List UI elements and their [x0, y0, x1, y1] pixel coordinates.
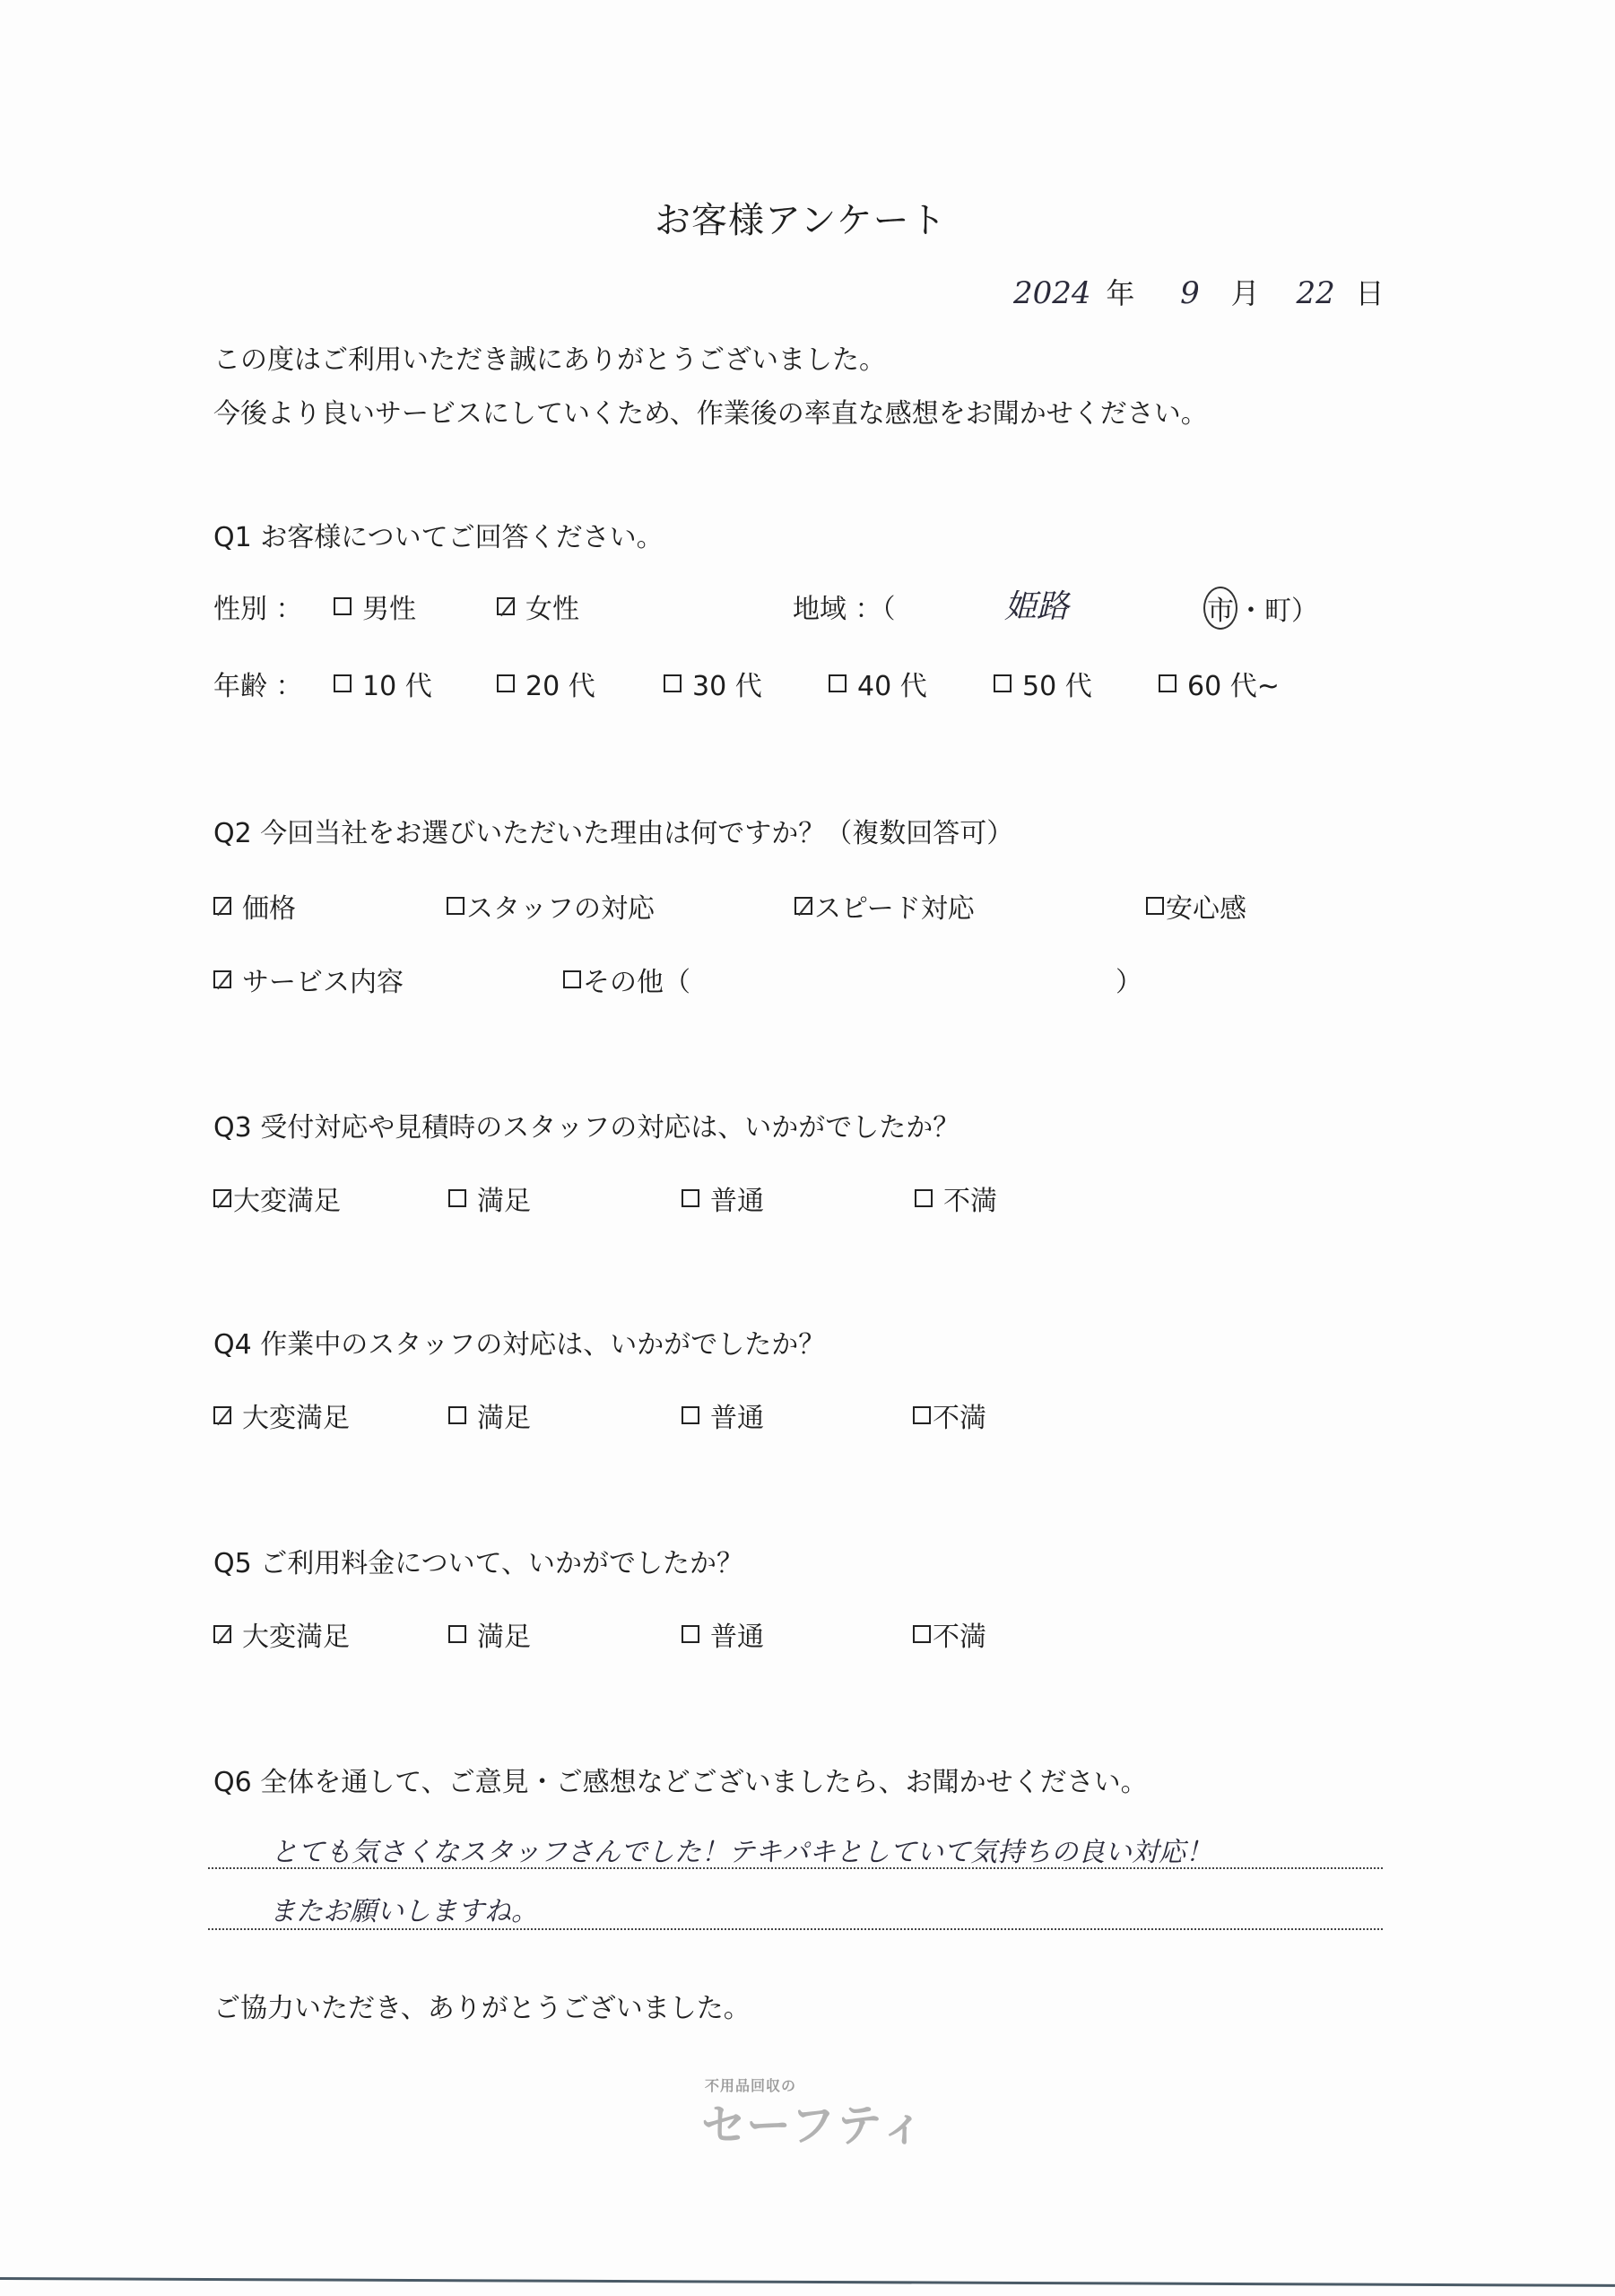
checkbox-icon[interactable] — [682, 1189, 699, 1207]
q4-option-very-satisfied[interactable]: 大変満足 — [213, 1396, 350, 1435]
q5-options-row: 大変満足 満足 普通 不満 — [213, 1614, 1379, 1650]
q2-option-label: 安心感 — [1166, 886, 1246, 926]
company-logo: セーフティ — [701, 2090, 927, 2154]
q2-option-price[interactable]: 価格 — [213, 886, 296, 926]
q2-option-service[interactable]: サービス内容 — [213, 960, 404, 999]
checkbox-icon[interactable] — [497, 674, 515, 692]
q3-option-label: 普通 — [710, 1178, 764, 1218]
q3-option-label: 不満 — [943, 1178, 997, 1218]
q3-option-very-satisfied[interactable]: 大変満足 — [213, 1178, 341, 1218]
thanks-message: ご協力いただき、ありがとうございました。 — [213, 1986, 751, 2025]
q1-age-row: 年齢 ： 10 代 20 代 30 代 40 代 50 代 60 代~ — [213, 664, 1379, 700]
q6-question: Q6 全体を通して、ご意見・ご感想などございましたら、お聞かせください。 — [213, 1760, 1148, 1799]
q2-other-close-paren: ） — [1116, 960, 1142, 999]
date-month-unit: 月 — [1231, 276, 1260, 310]
q6-comment-line-1[interactable]: とても気さくなスタッフさんでした！テキパキとしていて気持ちの良い対応！ — [271, 1830, 1212, 1869]
q4-option-label: 不満 — [933, 1396, 986, 1435]
region-separator: ・ — [1237, 588, 1264, 628]
checked-checkbox-icon[interactable] — [213, 1189, 231, 1207]
q4-options-row: 大変満足 満足 普通 不満 — [213, 1396, 1379, 1431]
checkbox-icon[interactable] — [829, 674, 847, 692]
comment-line-divider-1 — [208, 1867, 1383, 1869]
age-option-label: 10 代 — [362, 664, 432, 703]
date-day-unit: 日 — [1356, 276, 1385, 310]
region-label: 地域 ：（ — [793, 587, 896, 626]
age-option-label: 60 代~ — [1187, 664, 1280, 703]
date-day: 22 — [1296, 275, 1334, 311]
q1-question: Q1 お客様についてご回答ください。 — [213, 515, 664, 554]
q4-option-label: 大変満足 — [242, 1396, 350, 1435]
checked-checkbox-icon[interactable] — [794, 897, 812, 915]
q4-option-satisfied[interactable]: 満足 — [448, 1396, 531, 1435]
q4-question: Q4 作業中のスタッフの対応は、いかがでしたか？ — [213, 1322, 825, 1361]
gender-option-female[interactable]: 女性 — [497, 587, 579, 626]
q6-comment-line-2[interactable]: またお願いしますね。 — [269, 1889, 538, 1928]
checked-checkbox-icon[interactable] — [213, 1625, 231, 1643]
gender-option-female-label: 女性 — [525, 587, 579, 626]
age-option-label: 30 代 — [692, 664, 762, 703]
checkbox-icon[interactable] — [334, 597, 352, 615]
date-month: 9 — [1180, 275, 1200, 311]
q5-option-satisfied[interactable]: 満足 — [448, 1614, 531, 1654]
q4-option-label: 普通 — [710, 1396, 764, 1435]
region-value[interactable]: 姫路 — [1004, 581, 1069, 627]
q2-option-label: スタッフの対応 — [466, 886, 655, 926]
intro-line-1: この度はご利用いただき誠にありがとうございました。 — [213, 337, 886, 377]
checkbox-icon[interactable] — [915, 1189, 933, 1207]
region-type[interactable]: 市 ・ 町） — [1207, 587, 1318, 630]
date-year: 2024 — [1013, 275, 1091, 311]
checked-checkbox-icon[interactable] — [213, 897, 231, 915]
q5-option-very-satisfied[interactable]: 大変満足 — [213, 1614, 350, 1654]
checkbox-icon[interactable] — [682, 1625, 699, 1643]
q3-question: Q3 受付対応や見積時のスタッフの対応は、いかがでしたか？ — [213, 1105, 959, 1144]
q2-option-speed[interactable]: スピード対応 — [794, 886, 975, 926]
q4-option-neutral[interactable]: 普通 — [682, 1396, 764, 1435]
q1-gender-row: 性別 ： 男性 女性 地域 ：（ 姫路 市 ・ 町） — [213, 587, 1379, 622]
q5-option-label: 不満 — [933, 1614, 986, 1654]
q2-question: Q2 今回当社をお選びいただいた理由は何ですか？（複数回答可） — [213, 811, 1013, 850]
checkbox-icon[interactable] — [1159, 674, 1177, 692]
checkbox-icon[interactable] — [448, 1625, 466, 1643]
region-city-circled[interactable]: 市 — [1203, 587, 1237, 630]
q3-options-row: 大変満足 満足 普通 不満 — [213, 1178, 1379, 1214]
checkbox-icon[interactable] — [448, 1189, 466, 1207]
age-option-50s[interactable]: 50 代 — [994, 664, 1092, 703]
age-option-label: 20 代 — [525, 664, 595, 703]
age-option-label: 50 代 — [1022, 664, 1092, 703]
comment-line-divider-2 — [208, 1928, 1383, 1930]
age-option-30s[interactable]: 30 代 — [664, 664, 762, 703]
q2-options-row-2: サービス内容 その他（ ） — [213, 960, 1379, 996]
q5-option-label: 満足 — [477, 1614, 531, 1654]
checkbox-icon[interactable] — [913, 1625, 931, 1643]
region-town[interactable]: 町） — [1264, 588, 1318, 628]
checked-checkbox-icon[interactable] — [213, 1406, 231, 1424]
checkbox-icon[interactable] — [447, 897, 465, 915]
q5-option-label: 普通 — [710, 1614, 764, 1654]
age-option-60s-plus[interactable]: 60 代~ — [1159, 664, 1280, 703]
q2-option-label: 価格 — [242, 886, 296, 926]
page-title: お客様アンケート — [655, 192, 947, 243]
q5-question: Q5 ご利用料金について、いかがでしたか？ — [213, 1541, 743, 1580]
age-option-40s[interactable]: 40 代 — [829, 664, 927, 703]
age-option-10s[interactable]: 10 代 — [334, 664, 432, 703]
q2-option-label: サービス内容 — [242, 960, 404, 999]
gender-option-male[interactable]: 男性 — [334, 587, 416, 626]
checkbox-icon[interactable] — [664, 674, 682, 692]
intro-line-2: 今後より良いサービスにしていくため、作業後の率直な感想をお聞かせください。 — [213, 391, 1208, 430]
checkbox-icon[interactable] — [563, 970, 581, 988]
q4-option-dissatisfied[interactable]: 不満 — [913, 1396, 986, 1435]
q5-option-label: 大変満足 — [242, 1614, 350, 1654]
gender-option-male-label: 男性 — [362, 587, 416, 626]
checkbox-icon[interactable] — [448, 1406, 466, 1424]
q2-option-reassurance[interactable]: 安心感 — [1146, 886, 1246, 926]
q3-option-dissatisfied[interactable]: 不満 — [915, 1178, 997, 1218]
q5-option-neutral[interactable]: 普通 — [682, 1614, 764, 1654]
q4-option-label: 満足 — [477, 1396, 531, 1435]
q5-option-dissatisfied[interactable]: 不満 — [913, 1614, 986, 1654]
checked-checkbox-icon[interactable] — [497, 597, 515, 615]
q3-option-satisfied[interactable]: 満足 — [448, 1178, 531, 1218]
checkbox-icon[interactable] — [682, 1406, 699, 1424]
q3-option-label: 大変満足 — [233, 1178, 341, 1218]
q3-option-neutral[interactable]: 普通 — [682, 1178, 764, 1218]
bottom-edge-line — [0, 2277, 1615, 2287]
q2-option-label: スピード対応 — [814, 886, 975, 926]
q3-option-label: 満足 — [477, 1178, 531, 1218]
checkbox-icon[interactable] — [994, 674, 1012, 692]
survey-date: 2024 年 9 月 22 日 — [1013, 271, 1385, 312]
age-label: 年齢 ： — [213, 664, 303, 703]
checkbox-icon[interactable] — [334, 674, 352, 692]
date-year-unit: 年 — [1106, 276, 1134, 310]
q2-options-row-1: 価格 スタッフの対応 スピード対応 安心感 — [213, 886, 1379, 922]
q2-other-input[interactable] — [644, 960, 1092, 992]
checkbox-icon[interactable] — [913, 1406, 931, 1424]
checked-checkbox-icon[interactable] — [213, 970, 231, 988]
gender-label: 性別 ： — [213, 587, 303, 626]
q2-option-staff[interactable]: スタッフの対応 — [447, 886, 655, 926]
age-option-label: 40 代 — [857, 664, 927, 703]
age-option-20s[interactable]: 20 代 — [497, 664, 595, 703]
checkbox-icon[interactable] — [1146, 897, 1164, 915]
